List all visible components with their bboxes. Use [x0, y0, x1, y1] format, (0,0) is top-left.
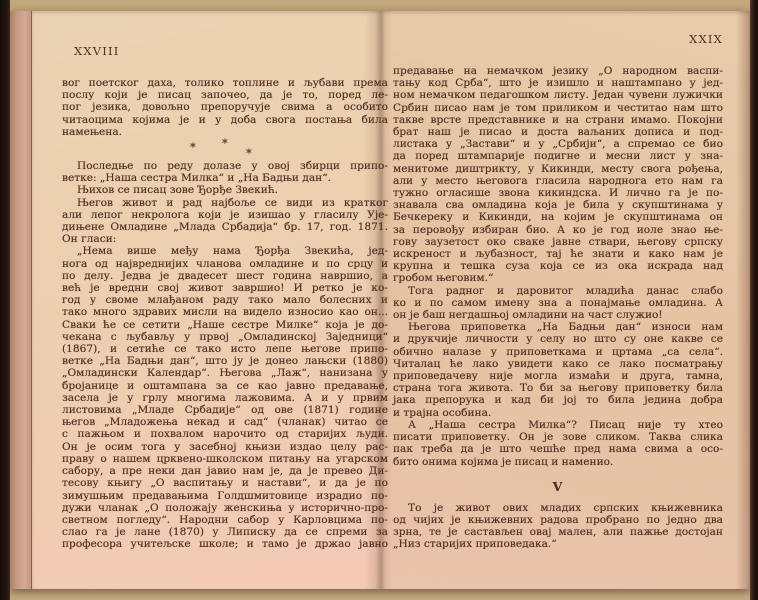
text-line: читаоцима којима је и у доба свога поста… — [62, 114, 388, 126]
text-line: зимушњим предавањима Голдшмитовице израд… — [62, 490, 388, 502]
text-line: писати приповетку. Он је зове сликом. Та… — [393, 431, 723, 443]
text-line: крупна и тешка суза која се из ока искра… — [393, 260, 723, 272]
text-line: професора учитељске школе; и тамо је држ… — [62, 538, 388, 550]
text-line: Тога радног и даровитог младића данас сл… — [393, 285, 723, 297]
text-line: искреност и љубазност, тај ће знати и ка… — [393, 248, 723, 260]
text-line: вог поетског даха, толико топлине и љуба… — [62, 77, 388, 89]
text-line: листака у „Застави“ и у „Србији“, а спре… — [393, 138, 723, 150]
text-line: праву о нашем црквено-школском питању на… — [62, 453, 388, 465]
text-line: и трајна особина. — [393, 407, 723, 419]
text-line: слао га је лане (1870) у Липиску да се с… — [62, 526, 388, 538]
text-line: гову заузетост око сваке јавне ствари, њ… — [393, 236, 723, 248]
text-line: с пажњом и похвалом нарочито од старијих… — [62, 428, 388, 440]
text-line: послу који је писац започео, да је то, п… — [62, 89, 388, 101]
text-line: засела је у грлу многима лажовима. А и у… — [62, 392, 388, 404]
text-line: А „Наша сестра Милка“? Писац није ту хте… — [393, 419, 723, 431]
photo-dark-edge-right — [750, 0, 758, 600]
photo-dark-edge-left — [0, 0, 10, 600]
text-line: светном погледу“. Народни сабор у Карлов… — [62, 514, 388, 526]
text-line: али лепог некролога који је изишао у гла… — [62, 209, 388, 221]
text-line: дињене Омладине „Млада Србадија“ бр. 17,… — [62, 221, 388, 233]
text-line: бито онима којима је писац и наменио. — [393, 456, 723, 468]
section-heading: V — [393, 480, 723, 494]
text-line: Он је осим тога у засебној књизи издао ц… — [62, 441, 388, 453]
text-line: знавала сва омладина која је била у скуп… — [393, 199, 723, 211]
text-line: тесову књигу „О васпитању и настави“, и … — [62, 477, 388, 489]
text-line: тужно огласише звона кикиндска. И лично … — [393, 187, 723, 199]
asterisk: * — [246, 146, 252, 160]
text-line: обично налазе у приповеткама и цртама „с… — [393, 346, 723, 358]
page-number-right: XXIX — [393, 32, 723, 46]
text-line: Последње по реду долазе у овој збирци пр… — [62, 160, 388, 172]
text-line: јака препорука и кад би јој то била једи… — [393, 394, 723, 406]
text-line: „Нема више међу нама Ђорђа Звекића, јед- — [62, 245, 388, 257]
text-line: пак треба да је што чешће пред нама свим… — [393, 443, 723, 455]
text-line: и друкчије личности у селу но што су оне… — [393, 333, 723, 345]
asterisk: * — [190, 140, 196, 154]
text-line: тању код Срба“, што је изишло и наштампа… — [393, 77, 723, 89]
text-block-left: вог поетског даха, толико топлине и љуба… — [62, 77, 388, 551]
text-block-right: предавање на немачком језику „О народном… — [393, 65, 723, 551]
text-line: пог језика, довољно препоручује свима а … — [62, 101, 388, 113]
text-line: „Низ старијих приповедака.“ — [393, 538, 723, 550]
text-line: такве врсте представнике и на страни има… — [393, 114, 723, 126]
text-line: ко и по самом имену зна а понајмање омла… — [393, 297, 723, 309]
text-line: Србин писао нам је том приликом и честит… — [393, 102, 723, 114]
text-line: То је живот ових младих српских књижевни… — [393, 502, 723, 514]
text-line: тако много здравих мисли на видело износ… — [62, 306, 388, 318]
book-scan-photo: XXVIII XXIX вог поетског даха, толико то… — [0, 0, 758, 600]
text-line: нога од највреднијих чланова омладине и … — [62, 258, 388, 270]
text-line: ветке „На Бадњи дан“, што ју је донео ла… — [62, 355, 388, 367]
text-line: сабору, а пре неки дан јавио нам је, да … — [62, 465, 388, 477]
text-line: год у своме млађаном раду тако мало боле… — [62, 294, 388, 306]
text-line: да поред штампарије подигне и месни лист… — [393, 150, 723, 162]
section-separator: *** — [62, 138, 388, 160]
text-line: по делу. Једва је двадесет шест година н… — [62, 270, 388, 282]
text-line: Његов живот и рад најбоље се види из кра… — [62, 197, 388, 209]
text-line: бројанице и оштампана за се као јавно пр… — [62, 380, 388, 392]
text-line: страна тога живота. То би за његову прип… — [393, 382, 723, 394]
text-line: гробом његовим.“ — [393, 272, 723, 284]
text-line: Бечкереку и Кикинди, на којим је скупшти… — [393, 211, 723, 223]
book-spine-edge — [10, 11, 32, 589]
text-line: дужи чланак „О положају женскиња у истор… — [62, 502, 388, 514]
text-line: брат наш је писао и доста ваљаних дописа… — [393, 126, 723, 138]
text-line: Његова приповетка „На Бадњи дан“ износи … — [393, 321, 723, 333]
text-line: Читалац ће лако увидети како се лако пос… — [393, 358, 723, 370]
text-line: листовима „Младе Србадије“ од ове (1871)… — [62, 404, 388, 416]
asterisk: * — [222, 136, 228, 150]
text-line: али у место његовога гласила народнога е… — [393, 175, 723, 187]
text-line: „Омладински Календар“. Његова „Лаж“, нан… — [62, 367, 388, 379]
text-line: Сваки ће се сетити „Наше сестре Милке“ к… — [62, 319, 388, 331]
text-line: приповедачеву није могла измаћи и друга,… — [393, 370, 723, 382]
page-number-left: XXVIII — [74, 44, 120, 58]
text-line: предавање на немачком језику „О народном… — [393, 65, 723, 77]
text-line: већ је вредни свој живот завршио! И ретк… — [62, 282, 388, 294]
text-line: од чијих је књижевних радова пробрано по… — [393, 514, 723, 526]
text-line: чекана с љубављу у првој „Омладинској За… — [62, 331, 388, 343]
text-line: Он гласи: — [62, 233, 388, 245]
text-line: зрна, те је састављен овај мален, али па… — [393, 526, 723, 538]
text-line: ветке: „Наша сестра Милка“ и „На Бадњи д… — [62, 172, 388, 184]
text-line: његов „Младожења некад и сад“ (чланак) ч… — [62, 416, 388, 428]
text-line: за перовођу избиран био. А ко је год иол… — [393, 224, 723, 236]
text-line: он је баш негдашњој омладини на част слу… — [393, 309, 723, 321]
text-line: менитоме диштрикту, у Кикинди, месту сво… — [393, 163, 723, 175]
text-line: (1867), и сетиће се тако исто лепе његов… — [62, 343, 388, 355]
text-line: ном немачком педагошком листу. Један чув… — [393, 89, 723, 101]
text-line: Њихов се писац зове Ђорђе Звекић. — [62, 184, 388, 196]
